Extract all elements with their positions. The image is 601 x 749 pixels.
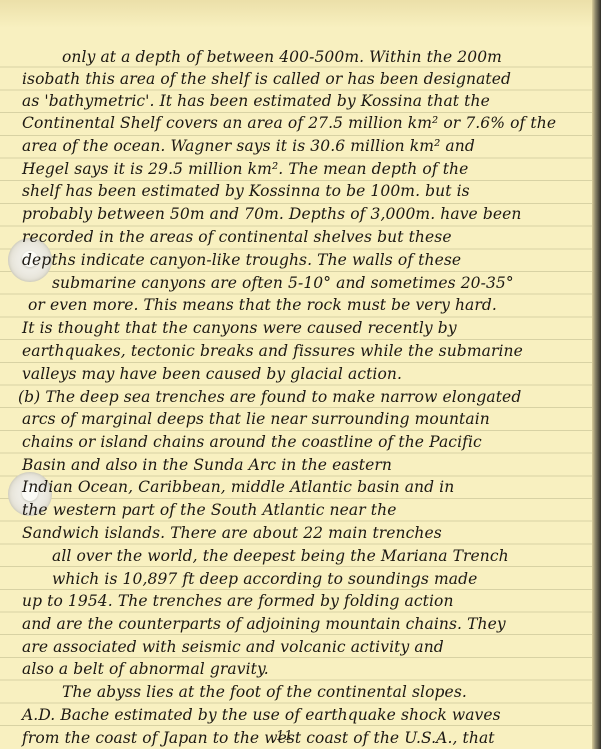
text-line: are associated with seismic and volcanic… [22, 638, 444, 656]
text-line: or even more. This means that the rock m… [28, 296, 497, 314]
notebook-page: only at a depth of between 400-500m. Wit… [0, 0, 592, 749]
text-line: chains or island chains around the coast… [22, 433, 482, 451]
text-line: the western part of the South Atlantic n… [22, 501, 396, 519]
text-line: area of the ocean. Wagner says it is 30.… [22, 137, 475, 155]
text-line: also a belt of abnormal gravity. [22, 660, 269, 678]
text-line: A.D. Bache estimated by the use of earth… [22, 706, 501, 724]
text-line: (b) The deep sea trenches are found to m… [18, 388, 521, 406]
text-line: recorded in the areas of continental she… [22, 228, 452, 246]
text-line: The abyss lies at the foot of the contin… [62, 683, 467, 701]
text-line: all over the world, the deepest being th… [52, 547, 509, 565]
text-line: arcs of marginal deeps that lie near sur… [22, 410, 490, 428]
text-line: up to 1954. The trenches are formed by f… [22, 592, 454, 610]
text-line: which is 10,897 ft deep according to sou… [52, 570, 477, 588]
text-line: Indian Ocean, Caribbean, middle Atlantic… [22, 478, 454, 496]
text-line: Basin and also in the Sunda Arc in the e… [22, 456, 392, 474]
text-line: Sandwich islands. There are about 22 mai… [22, 524, 442, 542]
text-line: valleys may have been caused by glacial … [22, 365, 402, 383]
text-line: submarine canyons are often 5-10° and so… [52, 274, 514, 292]
text-line: only at a depth of between 400-500m. Wit… [62, 48, 502, 66]
text-line: Continental Shelf covers an area of 27.5… [22, 114, 556, 132]
text-line: depths indicate canyon-like troughs. The… [22, 251, 461, 269]
text-line: isobath this area of the shelf is called… [22, 70, 511, 88]
text-line: Hegel says it is 29.5 million km². The m… [22, 160, 468, 178]
text-line: as 'bathymetric'. It has been estimated … [22, 92, 490, 110]
page-edge-shadow [592, 0, 601, 749]
text-line: earthquakes, tectonic breaks and fissure… [22, 342, 523, 360]
text-line: from the coast of Japan to the west coas… [22, 729, 495, 747]
text-line: It is thought that the canyons were caus… [22, 319, 457, 337]
page-number: 11 [276, 729, 293, 744]
text-line: probably between 50m and 70m. Depths of … [22, 205, 522, 223]
text-line: and are the counterparts of adjoining mo… [22, 615, 506, 633]
text-line: shelf has been estimated by Kossinna to … [22, 182, 470, 200]
